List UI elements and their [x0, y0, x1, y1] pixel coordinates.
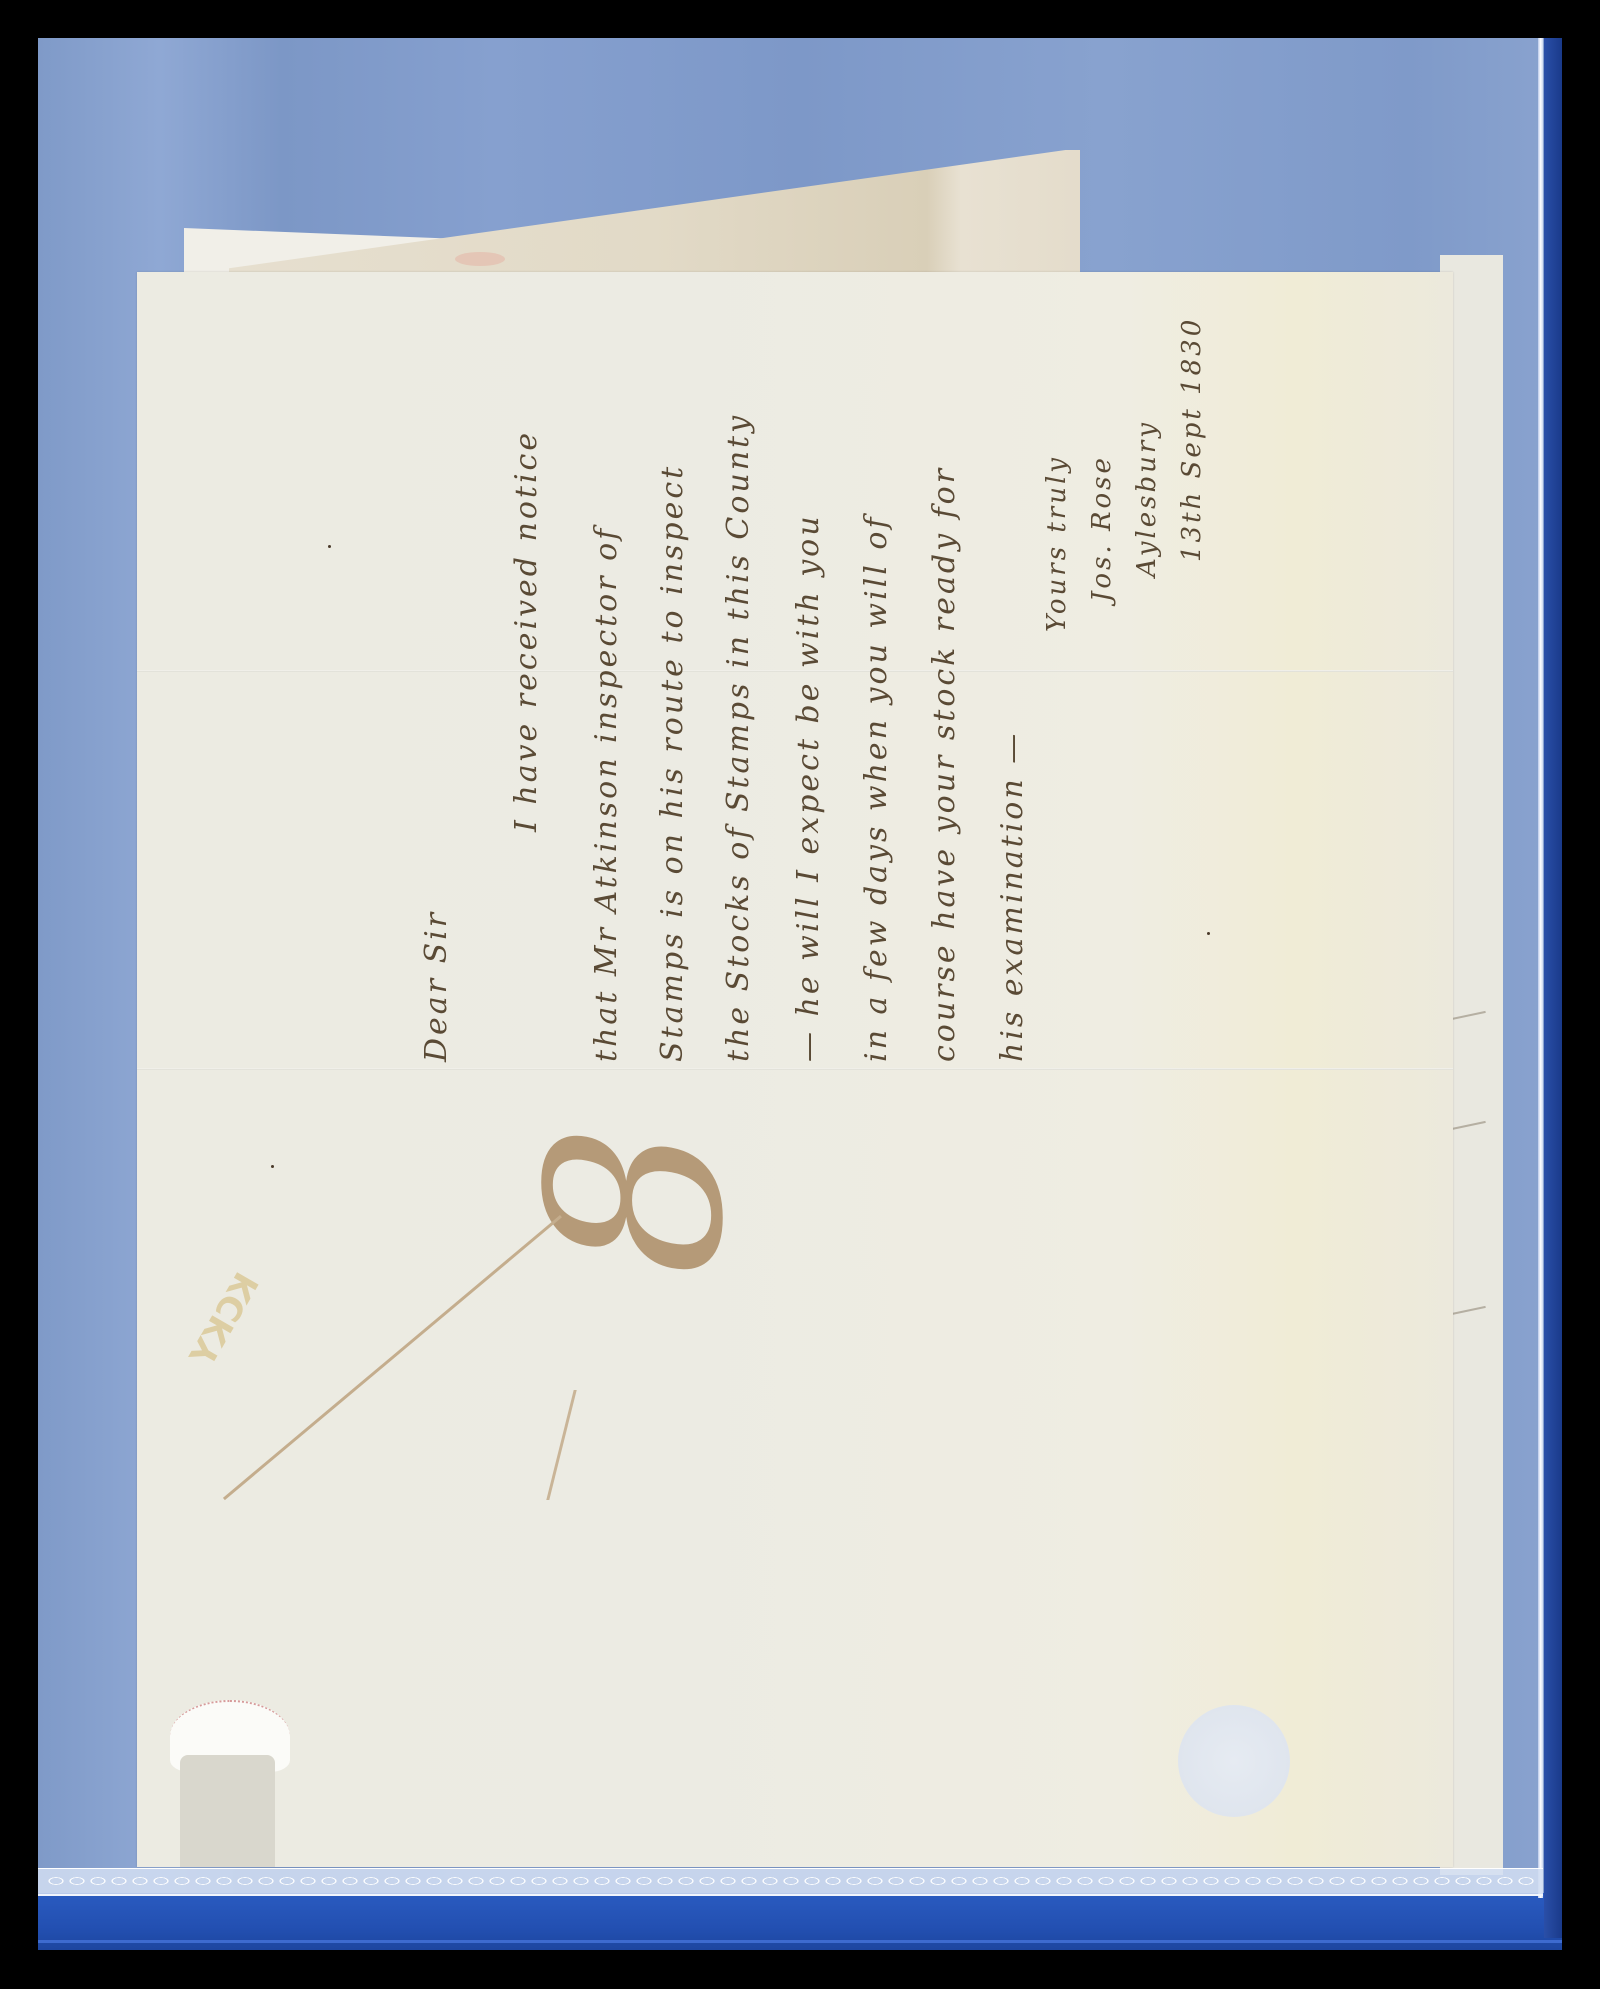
- binder-highlight: [38, 1940, 1562, 1943]
- letter-sheet: Dear Sir I have received notice that Mr …: [137, 272, 1453, 1867]
- body-line: that Mr Atkinson inspector of: [589, 526, 624, 1062]
- body-line: in a few days when you will of: [859, 514, 894, 1062]
- body-line: the Stocks of Stamps in this County: [721, 413, 756, 1062]
- wafer-seal: [1178, 1705, 1290, 1817]
- place: Aylesbury: [1132, 420, 1162, 577]
- torn-hole: [180, 1755, 275, 1867]
- torn-seal-area: [180, 1700, 280, 1867]
- ink-speck: [328, 545, 331, 548]
- ink-speck: [271, 1165, 274, 1168]
- fold-line: [137, 1068, 1453, 1070]
- body-line: course have your stock ready for: [927, 466, 962, 1062]
- sleeve-perforated-strip: [38, 1868, 1543, 1896]
- body-line: I have received notice: [509, 430, 544, 832]
- perforation-pattern: [44, 1875, 1537, 1887]
- binder-right-edge: [1544, 38, 1562, 1938]
- red-seal-trace: [455, 252, 505, 266]
- salutation: Dear Sir: [419, 910, 454, 1062]
- body-line: Stamps is on his route to inspect: [655, 464, 690, 1062]
- closing-line: Yours truly: [1042, 455, 1072, 632]
- rate-numeral: 8: [496, 1124, 776, 1277]
- date: 13th Sept 1830: [1177, 317, 1207, 562]
- sleeve-right-edge: [1538, 38, 1543, 1898]
- body-line: — he will I expect be with you: [791, 513, 826, 1062]
- ink-speck: [1207, 932, 1210, 935]
- signature: Jos. Rose: [1087, 455, 1117, 602]
- body-line: his examination —: [995, 731, 1030, 1062]
